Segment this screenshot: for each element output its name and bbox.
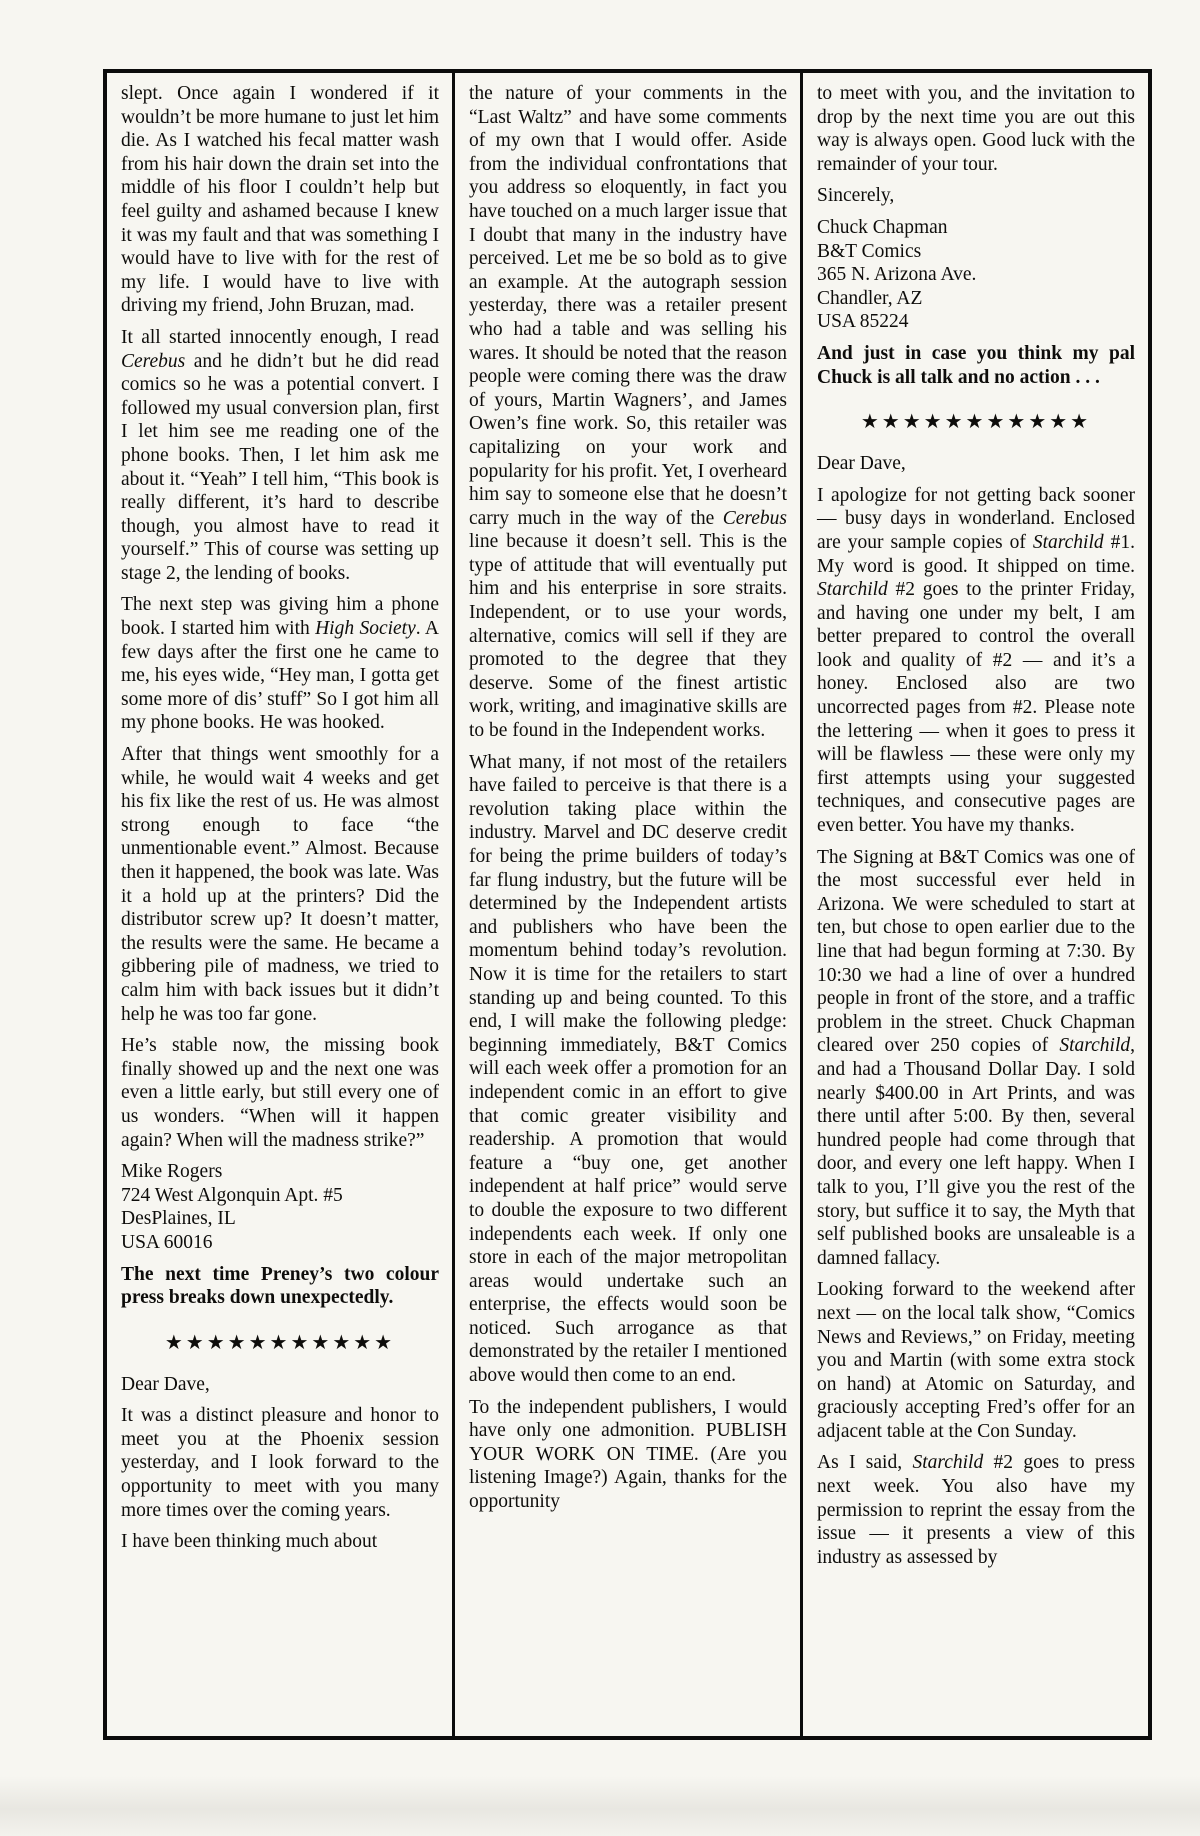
letter-paragraph: It all started innocently enough, I read… [121, 326, 439, 586]
signature-line: 365 N. Arizona Ave. [817, 263, 1135, 287]
letter-paragraph: to meet with you, and the invitation to … [817, 82, 1135, 176]
letter-paragraph: The Signing at B&T Comics was one of the… [817, 846, 1135, 1271]
letter-paragraph: slept. Once again I wondered if it would… [121, 82, 439, 318]
letter-paragraph: As I said, Starchild #2 goes to press ne… [817, 1451, 1135, 1569]
star-divider: ★★★★★★★★★★★ [121, 1330, 439, 1355]
letter-paragraph: The next step was giving him a phone boo… [121, 593, 439, 735]
letters-page-scan: { "page": { "paper_color": "#f7f6f1", "i… [0, 0, 1200, 1836]
signature-line: 724 West Algonquin Apt. #5 [121, 1184, 439, 1208]
letter-paragraph: After that things went smoothly for a wh… [121, 743, 439, 1026]
letter-paragraph: the nature of your comments in the “Last… [469, 82, 787, 743]
letter-paragraph: What many, if not most of the retailers … [469, 751, 787, 1388]
letter-paragraph: I have been thinking much about [121, 1530, 439, 1554]
signature-line: Chuck Chapman [817, 216, 1135, 240]
letter-paragraph: To the independent publishers, I would h… [469, 1396, 787, 1514]
signature-line: Mike Rogers [121, 1160, 439, 1184]
page-frame: slept. Once again I wondered if it would… [103, 69, 1152, 1740]
letter-paragraph: I apologize for not getting back sooner … [817, 484, 1135, 838]
signature-line: B&T Comics [817, 240, 1135, 264]
letter-paragraph: Looking forward to the weekend after nex… [817, 1278, 1135, 1443]
column-1: slept. Once again I wondered if it would… [107, 73, 452, 1736]
salutation: Sincerely, [817, 184, 1135, 208]
star-divider: ★★★★★★★★★★★ [817, 409, 1135, 434]
letter-paragraph: He’s stable now, the missing book finall… [121, 1034, 439, 1152]
column-3: to meet with you, and the invitation to … [800, 73, 1148, 1736]
editor-note: And just in case you think my pal Chuck … [817, 342, 1135, 389]
scan-artifact [0, 1776, 1200, 1836]
signature-line: DesPlaines, IL [121, 1207, 439, 1231]
signature-line: USA 60016 [121, 1231, 439, 1255]
salutation: Dear Dave, [121, 1373, 439, 1397]
salutation: Dear Dave, [817, 452, 1135, 476]
signature-block: Mike Rogers724 West Algonquin Apt. #5Des… [121, 1160, 439, 1254]
signature-line: Chandler, AZ [817, 287, 1135, 311]
editor-note: The next time Preney’s two colour press … [121, 1263, 439, 1310]
signature-line: USA 85224 [817, 310, 1135, 334]
letter-paragraph: It was a distinct pleasure and honor to … [121, 1404, 439, 1522]
signature-block: Chuck ChapmanB&T Comics365 N. Arizona Av… [817, 216, 1135, 334]
column-2: the nature of your comments in the “Last… [452, 73, 800, 1736]
